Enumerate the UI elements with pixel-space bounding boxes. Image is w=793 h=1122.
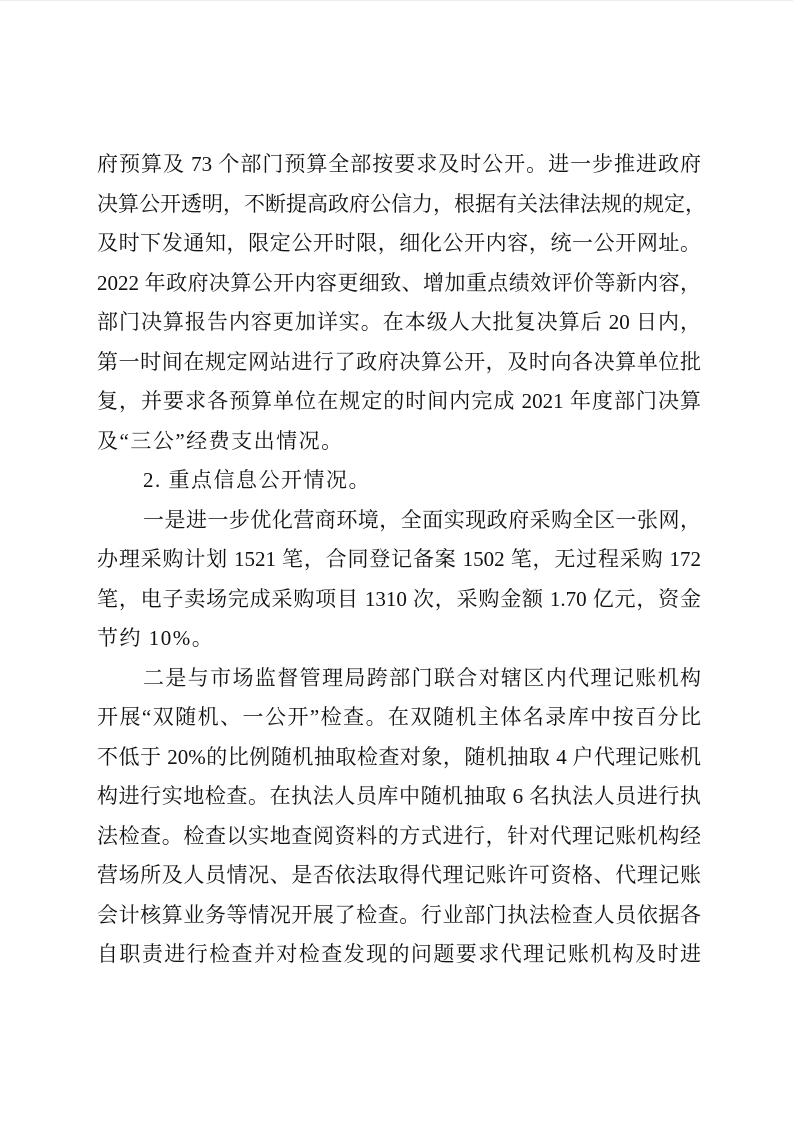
text-line: 笔，电子卖场完成采购项目 1310 次，采购金额 1.70 亿元，资金: [97, 580, 701, 620]
text-body: 府预算及 73 个部门预算全部按要求及时公开。进一步推进政府决算公开透明，不断提…: [97, 145, 701, 975]
text-line: 府预算及 73 个部门预算全部按要求及时公开。进一步推进政府: [97, 145, 701, 185]
text-line: 不低于 20%的比例随机抽取检查对象，随机抽取 4 户代理记账机: [97, 738, 701, 778]
text-line: 法检查。检查以实地查阅资料的方式进行，针对代理记账机构经: [97, 817, 701, 857]
paragraph: 二是与市场监督管理局跨部门联合对辖区内代理记账机构开展“双随机、一公开”检查。在…: [97, 659, 701, 975]
text-line: 第一时间在规定网站进行了政府决算公开，及时向各决算单位批: [97, 343, 701, 383]
text-line: 复，并要求各预算单位在规定的时间内完成 2021 年度部门决算: [97, 382, 701, 422]
text-line: 会计核算业务等情况开展了检查。行业部门执法检查人员依据各: [97, 896, 701, 936]
text-line: 及“三公”经费支出情况。: [97, 422, 701, 462]
text-line: 2022 年政府决算公开内容更细致、增加重点绩效评价等新内容，: [97, 264, 701, 304]
text-line: 二是与市场监督管理局跨部门联合对辖区内代理记账机构: [97, 659, 701, 699]
text-line: 一是进一步优化营商环境，全面实现政府采购全区一张网，: [97, 501, 701, 541]
document-page: 府预算及 73 个部门预算全部按要求及时公开。进一步推进政府决算公开透明，不断提…: [0, 0, 793, 1122]
text-line: 决算公开透明，不断提高政府公信力，根据有关法律法规的规定，: [97, 185, 701, 225]
paragraph: 府预算及 73 个部门预算全部按要求及时公开。进一步推进政府决算公开透明，不断提…: [97, 145, 701, 461]
text-line: 2. 重点信息公开情况。: [97, 461, 701, 501]
text-line: 办理采购计划 1521 笔，合同登记备案 1502 笔，无过程采购 172: [97, 540, 701, 580]
text-line: 营场所及人员情况、是否依法取得代理记账许可资格、代理记账: [97, 856, 701, 896]
text-line: 开展“双随机、一公开”检查。在双随机主体名录库中按百分比: [97, 698, 701, 738]
paragraph: 一是进一步优化营商环境，全面实现政府采购全区一张网，办理采购计划 1521 笔，…: [97, 501, 701, 659]
text-line: 及时下发通知，限定公开时限，细化公开内容，统一公开网址。: [97, 224, 701, 264]
text-line: 部门决算报告内容更加详实。在本级人大批复决算后 20 日内，: [97, 303, 701, 343]
text-line: 构进行实地检查。在执法人员库中随机抽取 6 名执法人员进行执: [97, 777, 701, 817]
paragraph: 2. 重点信息公开情况。: [97, 461, 701, 501]
text-line: 节约 10%。: [97, 619, 701, 659]
text-line: 自职责进行检查并对检查发现的问题要求代理记账机构及时进: [97, 935, 701, 975]
